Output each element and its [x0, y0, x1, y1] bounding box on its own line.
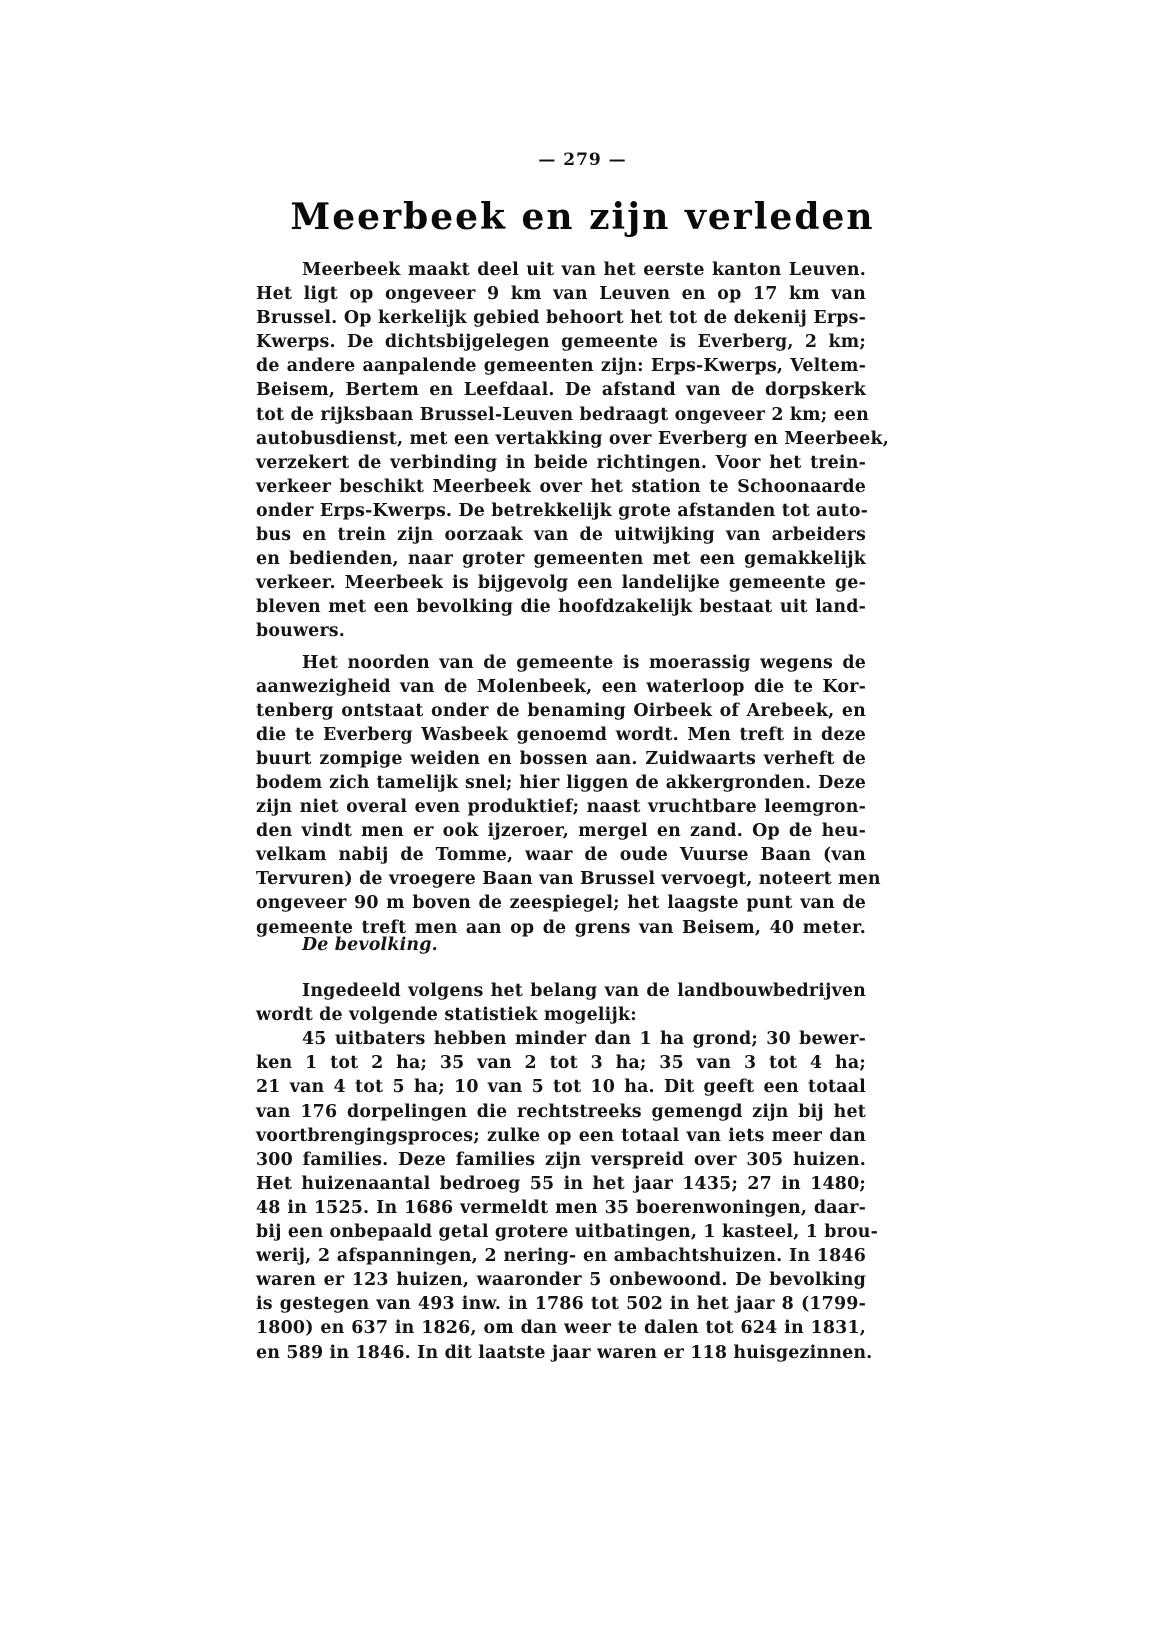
page-number: — 279 —: [0, 150, 1165, 170]
text-line: bodem zich tamelijk snel; hier liggen de…: [256, 771, 866, 795]
text-line: ken 1 tot 2 ha; 35 van 2 tot 3 ha; 35 va…: [256, 1051, 866, 1075]
text-line: en bedienden, naar groter gemeenten met …: [256, 547, 866, 571]
text-line: van 176 dorpelingen die rechtstreeks gem…: [256, 1100, 866, 1124]
text-line: tenberg ontstaat onder de benaming Oirbe…: [256, 699, 866, 723]
text-line: zijn niet overal even produktief; naast …: [256, 795, 866, 819]
text-line: Brussel. Op kerkelijk gebied behoort het…: [256, 306, 866, 330]
text-line: verkeer beschikt Meerbeek over het stati…: [256, 475, 866, 499]
text-line: Het noorden van de gemeente is moerassig…: [256, 651, 866, 675]
text-line: tot de rijksbaan Brussel-Leuven bedraagt…: [256, 403, 866, 427]
text-line: 1800) en 637 in 1826, om dan weer te dal…: [256, 1316, 866, 1340]
text-line: Beisem, Bertem en Leefdaal. De afstand v…: [256, 378, 866, 402]
text-line: de andere aanpalende gemeenten zijn: Erp…: [256, 354, 866, 378]
text-line: verzekert de verbinding in beide richtin…: [256, 451, 866, 475]
text-line: Ingedeeld volgens het belang van de land…: [256, 979, 866, 1003]
text-line: 45 uitbaters hebben minder dan 1 ha gron…: [256, 1027, 866, 1051]
text-line: 21 van 4 tot 5 ha; 10 van 5 tot 10 ha. D…: [256, 1075, 866, 1099]
text-line: Het huizenaantal bedroeg 55 in het jaar …: [256, 1172, 866, 1196]
text-line: waren er 123 huizen, waaronder 5 onbewoo…: [256, 1268, 866, 1292]
text-line: is gestegen van 493 inw. in 1786 tot 502…: [256, 1292, 866, 1316]
text-line: wordt de volgende statistiek mogelijk:: [256, 1003, 866, 1027]
text-line: aanwezigheid van de Molenbeek, een water…: [256, 675, 866, 699]
document-page: — 279 — Meerbeek en zijn verleden Meerbe…: [0, 0, 1165, 1650]
text-line: werij, 2 afspanningen, 2 nering- en amba…: [256, 1244, 866, 1268]
text-line: 48 in 1525. In 1686 vermeldt men 35 boer…: [256, 1196, 866, 1220]
text-line: Meerbeek maakt deel uit van het eerste k…: [256, 258, 866, 282]
text-line: autobusdienst, met een vertakking over E…: [256, 427, 866, 451]
text-line: bleven met een bevolking die hoofdzakeli…: [256, 595, 866, 619]
text-line: onder Erps-Kwerps. De betrekkelijk grote…: [256, 499, 866, 523]
text-line: bij een onbepaald getal grotere uitbatin…: [256, 1220, 866, 1244]
text-line: Het ligt op ongeveer 9 km van Leuven en …: [256, 282, 866, 306]
text-line: ongeveer 90 m boven de zeespiegel; het l…: [256, 891, 866, 915]
section-heading: De bevolking.: [256, 933, 866, 957]
text-line: den vindt men er ook ijzeroer, mergel en…: [256, 819, 866, 843]
page-title: Meerbeek en zijn verleden: [0, 196, 1165, 238]
text-line: bouwers.: [256, 619, 866, 643]
section-population: De bevolking. Ingedeeld volgens het bela…: [256, 933, 866, 1365]
text-line: die te Everberg Wasbeek genoemd wordt. M…: [256, 723, 866, 747]
text-line: buurt zompige weiden en bossen aan. Zuid…: [256, 747, 866, 771]
text-line: velkam nabij de Tomme, waar de oude Vuur…: [256, 843, 866, 867]
text-line: Tervuren) de vroegere Baan van Brussel v…: [256, 867, 866, 891]
text-line: en 589 in 1846. In dit laatste jaar ware…: [256, 1341, 866, 1365]
paragraph-intro: Meerbeek maakt deel uit van het eerste k…: [256, 258, 866, 940]
text-line: 300 families. Deze families zijn verspre…: [256, 1148, 866, 1172]
text-line: Kwerps. De dichtsbijgelegen gemeente is …: [256, 330, 866, 354]
text-line: bus en trein zijn oorzaak van de uitwijk…: [256, 523, 866, 547]
text-line: verkeer. Meerbeek is bijgevolg een lande…: [256, 571, 866, 595]
text-line: voortbrengingsproces; zulke op een totaa…: [256, 1124, 866, 1148]
